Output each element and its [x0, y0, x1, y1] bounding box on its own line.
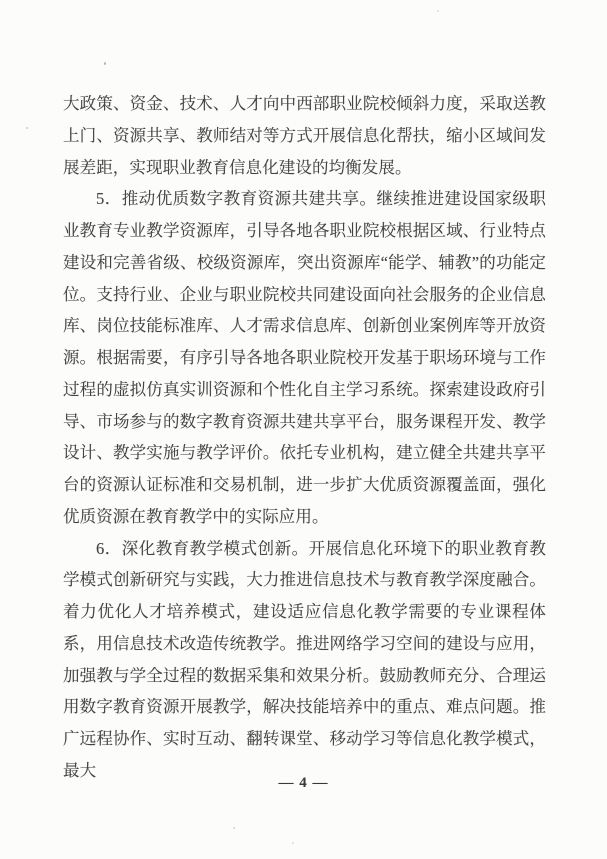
paragraph-item-5: 5．推动优质数字教育资源共建共享。继续推进建设国家级职业教育专业教学资源库，引导… [63, 183, 546, 532]
scan-speck [233, 827, 235, 829]
document-page: 大政策、资金、技术、人才向中西部职业院校倾斜力度，采取送教上门、资源共享、教师结… [0, 0, 607, 859]
paragraph-item-6: 6．深化教育教学模式创新。开展信息化环境下的职业教育教学模式创新研究与实践，大力… [63, 533, 546, 787]
page-number: — 4 — [0, 771, 607, 795]
scan-speck [437, 10, 439, 12]
page-body-text: 大政策、资金、技术、人才向中西部职业院校倾斜力度，采取送教上门、资源共享、教师结… [63, 88, 546, 787]
scan-speck [292, 842, 294, 844]
paragraph-continuation: 大政策、资金、技术、人才向中西部职业院校倾斜力度，采取送教上门、资源共享、教师结… [63, 88, 546, 183]
scan-speck [26, 127, 28, 129]
scan-speck [104, 62, 106, 65]
